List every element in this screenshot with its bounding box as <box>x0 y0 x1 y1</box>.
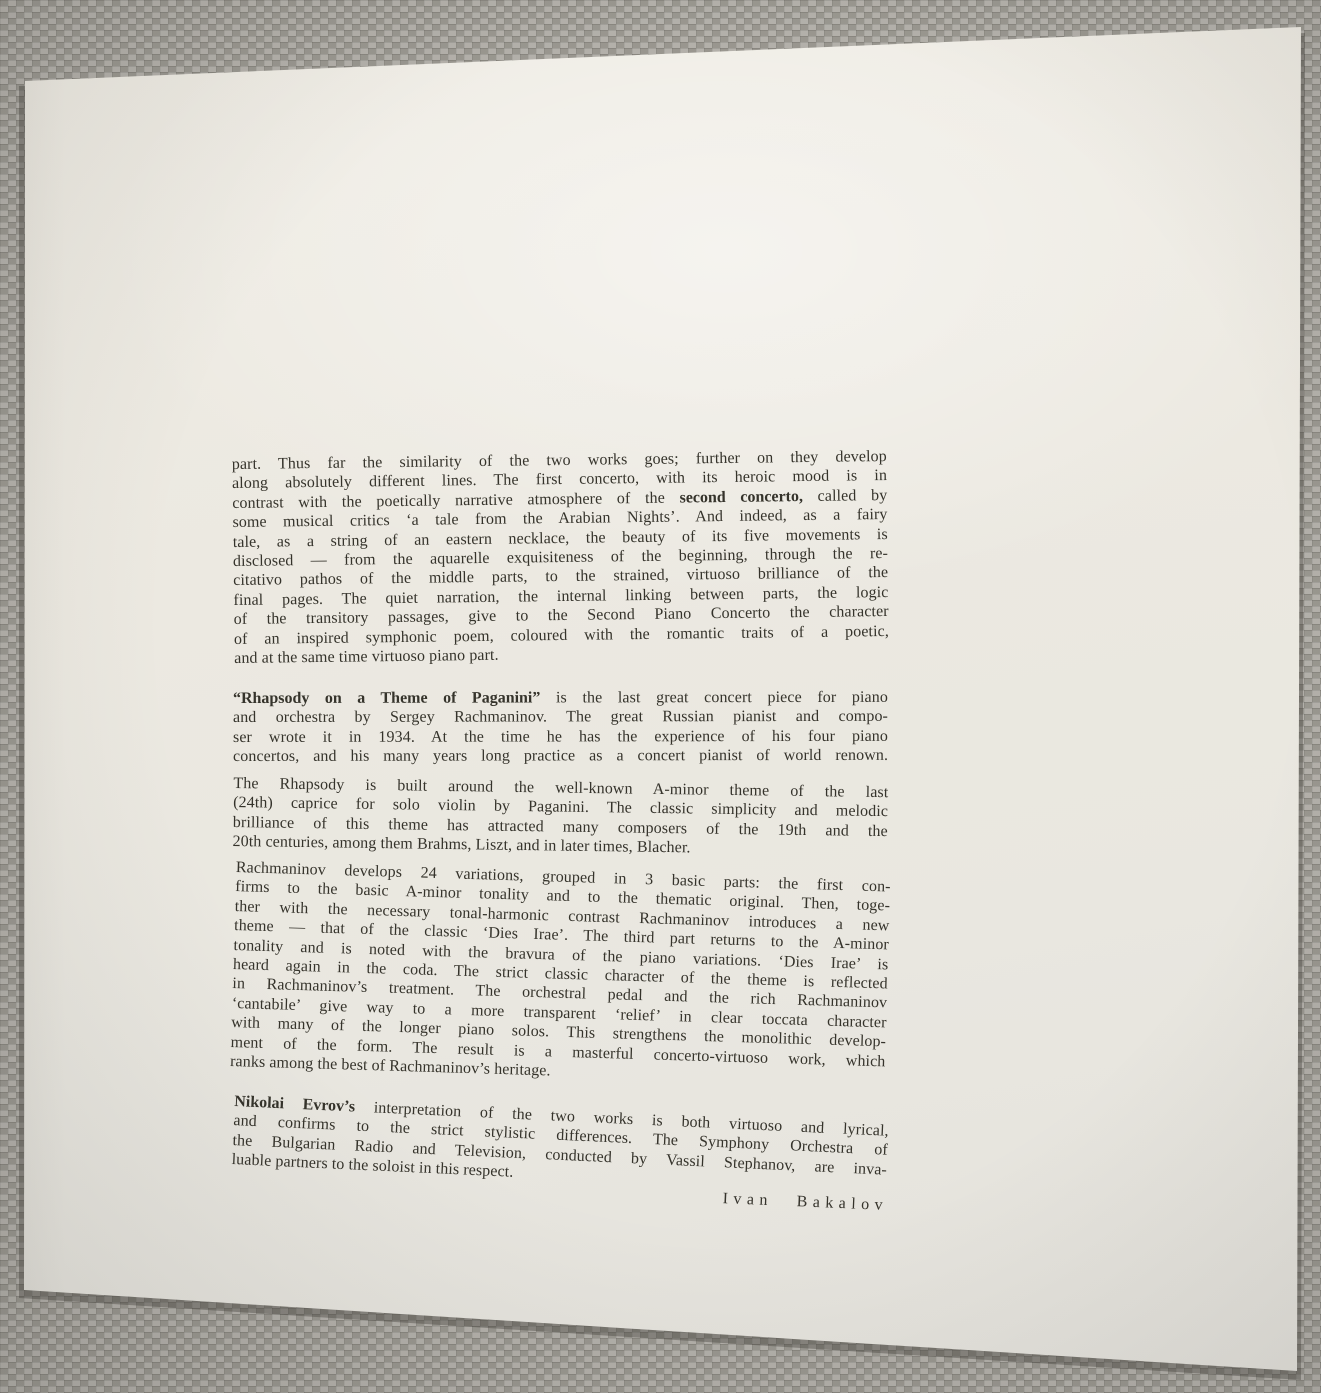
liner-notes: part. Thus far the similarity of the two… <box>233 455 888 1215</box>
paragraph-3: The Rhapsody is built around the well-kn… <box>232 774 888 861</box>
text-line: “Rhapsody on a Theme of Paganini” is the… <box>233 688 888 709</box>
paragraph-4: Rachmaninov develops 24 variations, grou… <box>230 858 891 1091</box>
text-line: concertos, and his many years long pract… <box>233 747 888 768</box>
paragraph-1: part. Thus far the similarity of the two… <box>232 447 890 668</box>
photo-of-record-sleeve: part. Thus far the similarity of the two… <box>0 0 1321 1393</box>
text-line: and orchestra by Sergey Rachmaninov. The… <box>233 708 888 729</box>
text-line: ser wrote it in 1934. At the time he has… <box>233 727 888 748</box>
paragraph-2: “Rhapsody on a Theme of Paganini” is the… <box>233 688 888 767</box>
